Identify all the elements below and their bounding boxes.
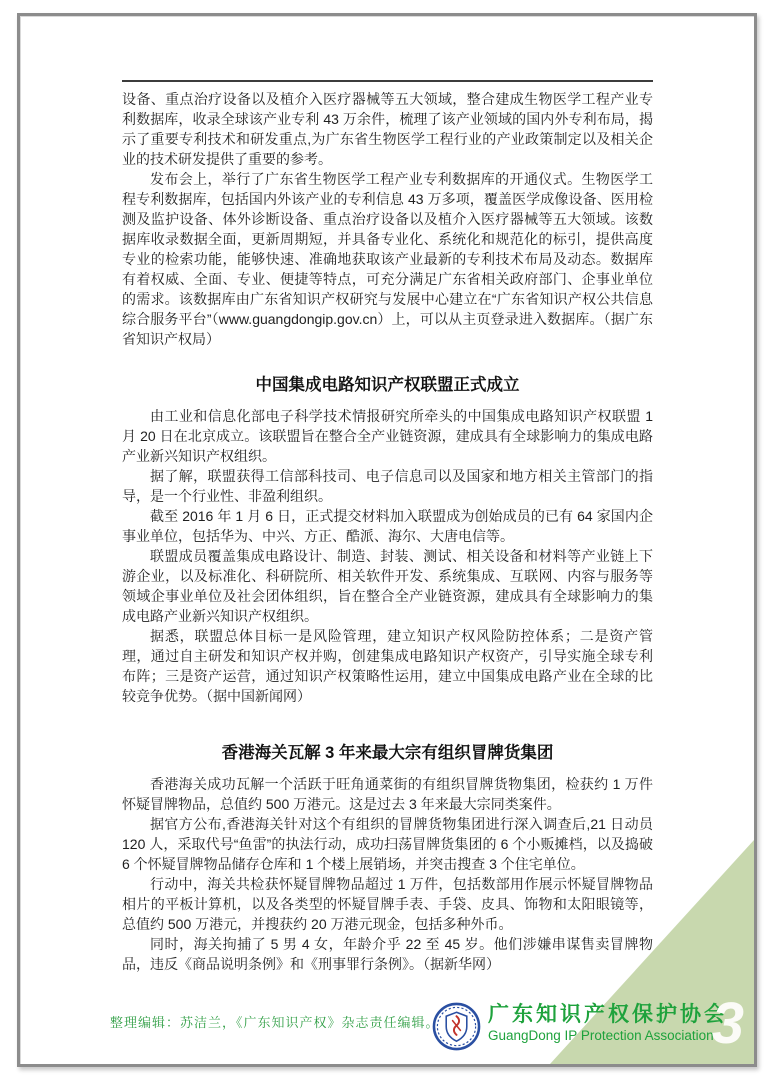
header-rule bbox=[122, 80, 653, 82]
article-paragraph: 香港海关成功瓦解一个活跃于旺角通菜街的有组织冒牌货物集团，检获约 1 万件怀疑冒… bbox=[122, 774, 653, 814]
article-paragraph: 由工业和信息化部电子科学技术情报研究所牵头的中国集成电路知识产权联盟 1 月 2… bbox=[122, 406, 653, 466]
article-paragraph: 联盟成员覆盖集成电路设计、制造、封装、测试、相关设备和材料等产业链上下游企业，以… bbox=[122, 546, 653, 626]
document-body: 设备、重点治疗设备以及植介入医疗器械等五大领域，整合建成生物医学工程产业专利数据… bbox=[20, 16, 754, 974]
article-paragraph: 行动中，海关共检获怀疑冒牌物品超过 1 万件，包括数部用作展示怀疑冒牌物品相片的… bbox=[122, 874, 653, 934]
page-number: 3 bbox=[712, 994, 744, 1054]
newsletter-page: { "document": { "lead_paragraphs": [ "设备… bbox=[0, 0, 777, 1086]
lead-paragraph: 发布会上，举行了广东省生物医学工程产业专利数据库的开通仪式。生物医学工程专利数据… bbox=[122, 169, 653, 349]
article-title-hk-customs: 香港海关瓦解 3 年来最大宗有组织冒牌货集团 bbox=[122, 742, 653, 764]
association-branding: 广东知识产权保护协会 GuangDong IP Protection Assoc… bbox=[432, 1002, 728, 1051]
association-name-cn: 广东知识产权保护协会 bbox=[488, 1002, 728, 1028]
page-frame: 设备、重点治疗设备以及植介入医疗器械等五大领域，整合建成生物医学工程产业专利数据… bbox=[17, 13, 757, 1067]
association-name-en: GuangDong IP Protection Association bbox=[488, 1028, 728, 1044]
article-paragraph: 同时，海关拘捕了 5 男 4 女，年龄介乎 22 至 45 岁。他们涉嫌串谋售卖… bbox=[122, 934, 653, 974]
article-paragraph: 据悉，联盟总体目标一是风险管理，建立知识产权风险防控体系；二是资产管理，通过自主… bbox=[122, 626, 653, 706]
article-paragraph: 截至 2016 年 1 月 6 日，正式提交材料加入联盟成为创始成员的已有 64… bbox=[122, 506, 653, 546]
article-title-ic-alliance: 中国集成电路知识产权联盟正式成立 bbox=[122, 374, 653, 396]
association-logo-icon bbox=[432, 1002, 481, 1051]
article-paragraph: 据官方公布,香港海关针对这个有组织的冒牌货物集团进行深入调查后,21 日动员 1… bbox=[122, 814, 653, 874]
lead-paragraph: 设备、重点治疗设备以及植介入医疗器械等五大领域，整合建成生物医学工程产业专利数据… bbox=[122, 89, 653, 169]
association-names: 广东知识产权保护协会 GuangDong IP Protection Assoc… bbox=[488, 1002, 728, 1044]
article-paragraph: 据了解，联盟获得工信部科技司、电子信息司以及国家和地方相关主管部门的指导，是一个… bbox=[122, 466, 653, 506]
editor-note: 整理编辑：苏洁兰，《广东知识产权》杂志责任编辑。 bbox=[110, 1012, 440, 1031]
